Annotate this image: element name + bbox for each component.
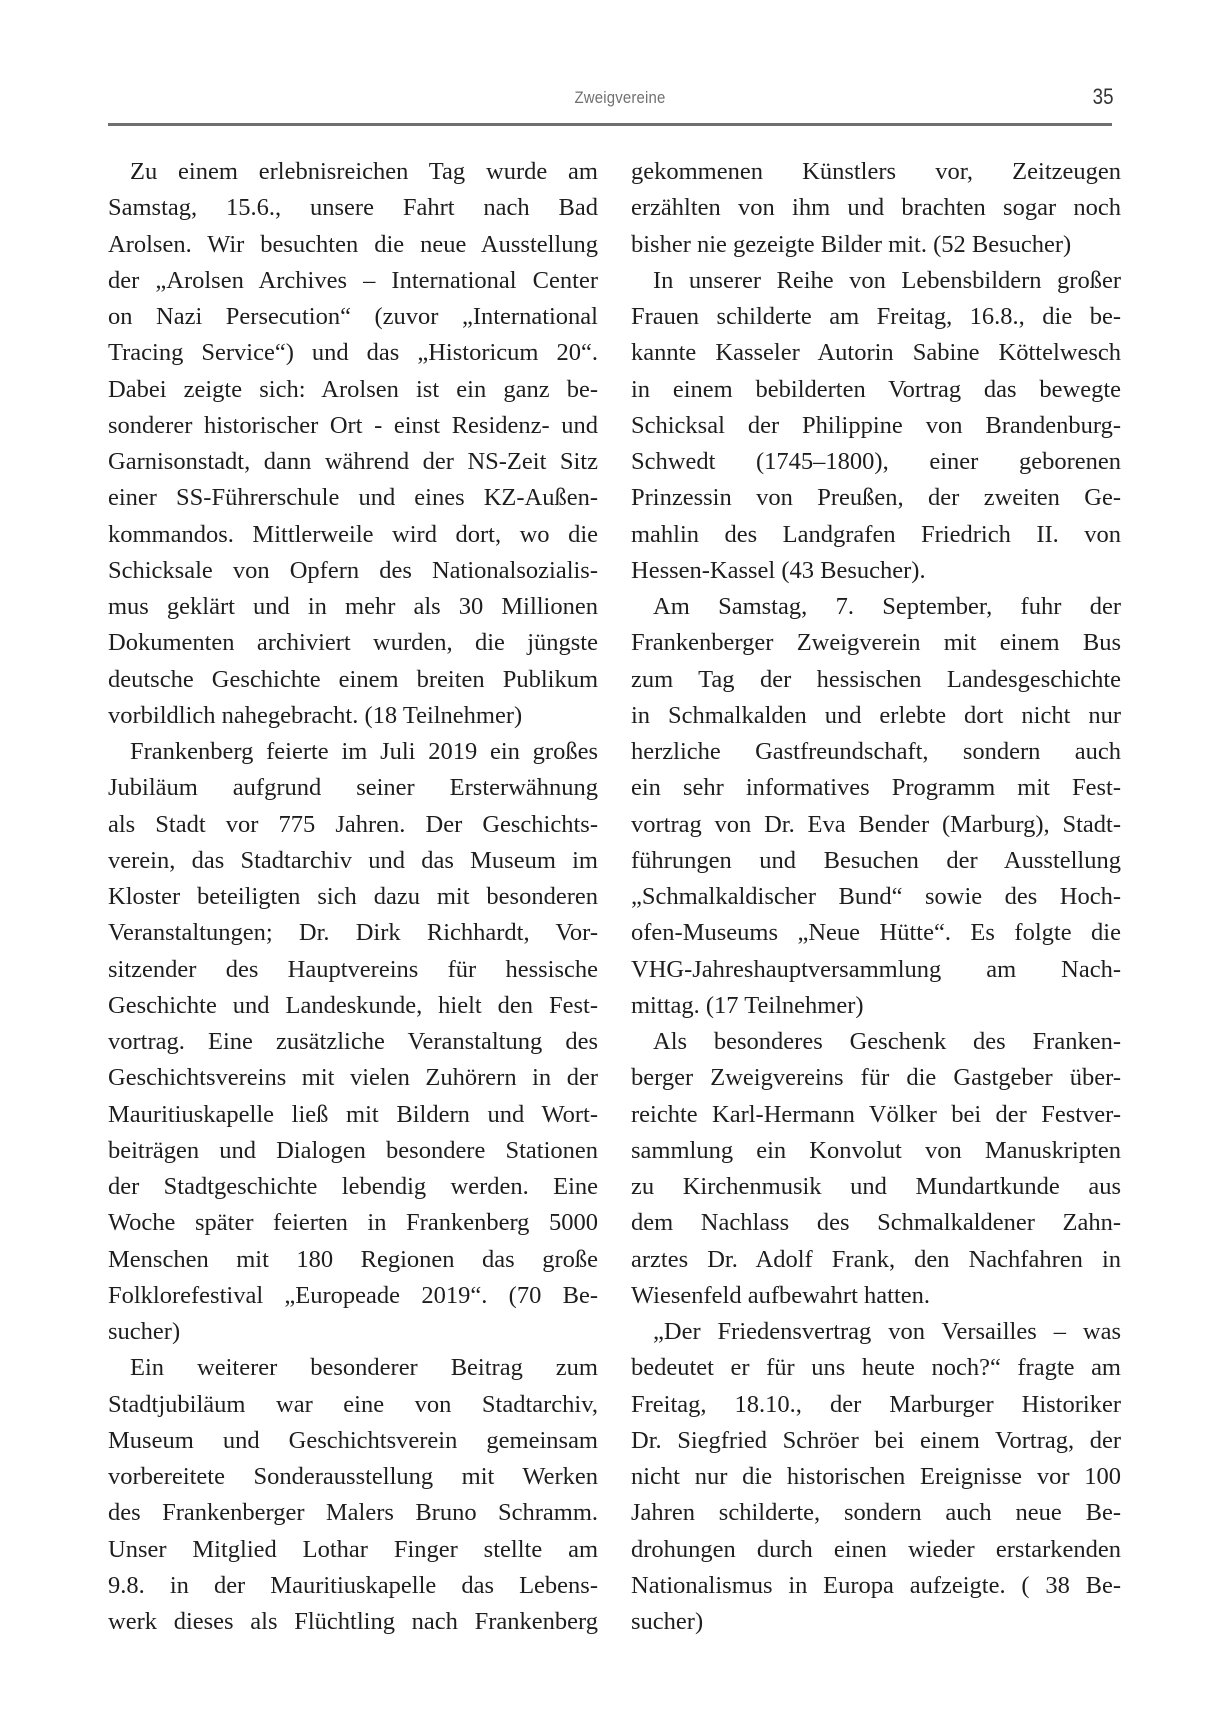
text-line: deutsche Geschichte einem breiten Publik…: [108, 662, 598, 698]
text-line: Wiesenfeld aufbewahrt hatten.: [631, 1278, 1121, 1314]
text-line: mus geklärt und in mehr als 30 Millionen: [108, 589, 598, 625]
text-line: erzählten von ihm und brachten sogar noc…: [631, 190, 1121, 226]
text-line: des Frankenberger Malers Bruno Schramm.: [108, 1495, 598, 1531]
text-line: Woche später feierten in Frankenberg 500…: [108, 1205, 598, 1241]
text-line: Freitag, 18.10., der Marburger Historike…: [631, 1387, 1121, 1423]
text-line: Frauen schilderte am Freitag, 16.8., die…: [631, 299, 1121, 335]
text-line: Prinzessin von Preußen, der zweiten Ge-: [631, 480, 1121, 516]
text-line: Museum und Geschichtsverein gemeinsam: [108, 1423, 598, 1459]
text-line: sonderer historischer Ort - einst Reside…: [108, 408, 598, 444]
text-line: Am Samstag, 7. September, fuhr der: [631, 589, 1121, 625]
text-line: Garnisonstadt, dann während der NS-Zeit …: [108, 444, 598, 480]
text-line: ein sehr informatives Programm mit Fest-: [631, 770, 1121, 806]
text-line: Schicksale von Opfern des Nationalsozial…: [108, 553, 598, 589]
text-column-right: gekommenen Künstlers vor, Zeitzeugenerzä…: [631, 154, 1121, 1640]
text-line: Stadtjubiläum war eine von Stadtarchiv,: [108, 1387, 598, 1423]
text-line: als Stadt vor 775 Jahren. Der Geschichts…: [108, 807, 598, 843]
text-line: on Nazi Persecution“ (zuvor „Internation…: [108, 299, 598, 335]
text-line: Unser Mitglied Lothar Finger stellte am: [108, 1532, 598, 1568]
text-line: Menschen mit 180 Regionen das große: [108, 1242, 598, 1278]
text-line: Zu einem erlebnisreichen Tag wurde am: [108, 154, 598, 190]
text-line: dem Nachlass des Schmalkaldener Zahn-: [631, 1205, 1121, 1241]
text-line: Dr. Siegfried Schröer bei einem Vortrag,…: [631, 1423, 1121, 1459]
text-line: werk dieses als Flüchtling nach Frankenb…: [108, 1604, 598, 1640]
text-line: mahlin des Landgrafen Friedrich II. von: [631, 517, 1121, 553]
text-line: der „Arolsen Archives – International Ce…: [108, 263, 598, 299]
text-line: der Stadtgeschichte lebendig werden. Ein…: [108, 1169, 598, 1205]
text-line: vorbildlich nahegebracht. (18 Teilnehmer…: [108, 698, 598, 734]
text-line: Folklorefestival „Europeade 2019“. (70 B…: [108, 1278, 598, 1314]
text-line: Veranstaltungen; Dr. Dirk Richhardt, Vor…: [108, 915, 598, 951]
text-line: Hessen-Kassel (43 Besucher).: [631, 553, 1121, 589]
text-line: 9.8. in der Mauritiuskapelle das Lebens-: [108, 1568, 598, 1604]
text-line: Schwedt (1745–1800), einer geborenen: [631, 444, 1121, 480]
text-line: Arolsen. Wir besuchten die neue Ausstell…: [108, 227, 598, 263]
header-divider: [108, 123, 1112, 126]
text-line: zum Tag der hessischen Landesgeschichte: [631, 662, 1121, 698]
text-line: Schicksal der Philippine von Brandenburg…: [631, 408, 1121, 444]
text-line: reichte Karl-Hermann Völker bei der Fest…: [631, 1097, 1121, 1133]
text-line: herzliche Gastfreundschaft, sondern auch: [631, 734, 1121, 770]
document-page: Zweigvereine 35 Zu einem erlebnisreichen…: [0, 0, 1225, 1730]
running-header-title: Zweigvereine: [567, 88, 673, 108]
text-line: Kloster beteiligten sich dazu mit besond…: [108, 879, 598, 915]
text-column-left: Zu einem erlebnisreichen Tag wurde amSam…: [108, 154, 598, 1640]
text-line: in einem bebilderten Vortrag das bewegte: [631, 372, 1121, 408]
text-line: „Schmalkaldischer Bund“ sowie des Hoch-: [631, 879, 1121, 915]
text-line: Nationalismus in Europa aufzeigte. ( 38 …: [631, 1568, 1121, 1604]
text-line: Ein weiterer besonderer Beitrag zum: [108, 1350, 598, 1386]
text-line: „Der Friedensvertrag von Versailles – wa…: [631, 1314, 1121, 1350]
text-line: bisher nie gezeigte Bilder mit. (52 Besu…: [631, 227, 1121, 263]
text-line: Als besonderes Geschenk des Franken-: [631, 1024, 1121, 1060]
text-line: Mauritiuskapelle ließ mit Bildern und Wo…: [108, 1097, 598, 1133]
text-line: zu Kirchenmusik und Mundartkunde aus: [631, 1169, 1121, 1205]
text-line: in Schmalkalden und erlebte dort nicht n…: [631, 698, 1121, 734]
text-line: sucher): [108, 1314, 598, 1350]
text-line: Frankenberg feierte im Juli 2019 ein gro…: [108, 734, 598, 770]
text-line: bedeutet er für uns heute noch?“ fragte …: [631, 1350, 1121, 1386]
text-line: Geschichte und Landeskunde, hielt den Fe…: [108, 988, 598, 1024]
text-line: berger Zweigvereins für die Gastgeber üb…: [631, 1060, 1121, 1096]
text-line: Geschichtsvereins mit vielen Zuhörern in…: [108, 1060, 598, 1096]
page-number: 35: [1092, 84, 1113, 110]
text-line: Tracing Service“) und das „Historicum 20…: [108, 335, 598, 371]
text-line: Dokumenten archiviert wurden, die jüngst…: [108, 625, 598, 661]
text-line: drohungen durch einen wieder erstarkende…: [631, 1532, 1121, 1568]
text-line: verein, das Stadtarchiv und das Museum i…: [108, 843, 598, 879]
text-line: sucher): [631, 1604, 1121, 1640]
text-line: beiträgen und Dialogen besondere Station…: [108, 1133, 598, 1169]
text-line: Jubiläum aufgrund seiner Ersterwähnung: [108, 770, 598, 806]
text-line: nicht nur die historischen Ereignisse vo…: [631, 1459, 1121, 1495]
text-line: vortrag. Eine zusätzliche Veranstaltung …: [108, 1024, 598, 1060]
text-line: arztes Dr. Adolf Frank, den Nachfahren i…: [631, 1242, 1121, 1278]
text-line: Dabei zeigte sich: Arolsen ist ein ganz …: [108, 372, 598, 408]
text-line: ofen-Museums „Neue Hütte“. Es folgte die: [631, 915, 1121, 951]
text-line: VHG-Jahreshauptversammlung am Nach-: [631, 952, 1121, 988]
text-line: Frankenberger Zweigverein mit einem Bus: [631, 625, 1121, 661]
text-line: vorbereitete Sonderausstellung mit Werke…: [108, 1459, 598, 1495]
text-line: Jahren schilderte, sondern auch neue Be-: [631, 1495, 1121, 1531]
text-line: gekommenen Künstlers vor, Zeitzeugen: [631, 154, 1121, 190]
text-line: sammlung ein Konvolut von Manuskripten: [631, 1133, 1121, 1169]
text-line: In unserer Reihe von Lebensbildern große…: [631, 263, 1121, 299]
text-line: kannte Kasseler Autorin Sabine Köttelwes…: [631, 335, 1121, 371]
text-line: Samstag, 15.6., unsere Fahrt nach Bad: [108, 190, 598, 226]
text-line: vortrag von Dr. Eva Bender (Marburg), St…: [631, 807, 1121, 843]
text-line: einer SS-Führerschule und eines KZ-Außen…: [108, 480, 598, 516]
text-line: führungen und Besuchen der Ausstellung: [631, 843, 1121, 879]
text-line: sitzender des Hauptvereins für hessische: [108, 952, 598, 988]
text-line: kommandos. Mittlerweile wird dort, wo di…: [108, 517, 598, 553]
text-line: mittag. (17 Teilnehmer): [631, 988, 1121, 1024]
